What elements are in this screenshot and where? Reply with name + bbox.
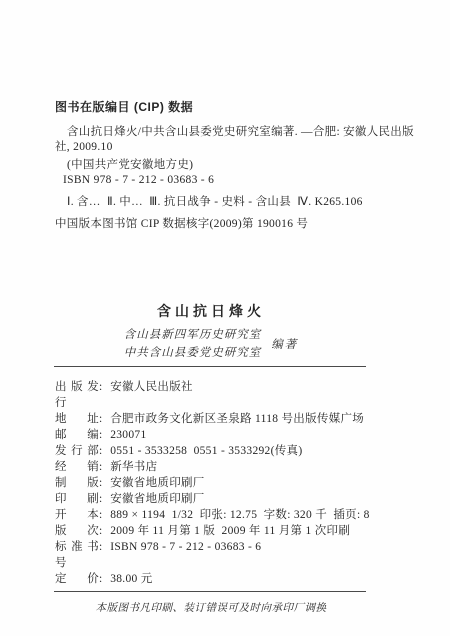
colophon-row-value: 安徽省地质印刷厂	[110, 491, 204, 507]
label-separator: :	[99, 379, 102, 411]
label-separator: :	[99, 523, 102, 539]
colophon-row: 制版:安徽省地质印刷厂	[55, 475, 367, 491]
footer-note: 本版图书凡印刷、装订错误可及时向承印厂调换	[55, 602, 367, 616]
colophon-row: 版次:2009 年 11 月第 1 版 2009 年 11 月第 1 次印刷	[55, 523, 367, 539]
cip-classification-line: Ⅰ. 含… Ⅱ. 中… Ⅲ. 抗日战争 - 史料 - 含山县 Ⅳ. K265.1…	[55, 195, 410, 210]
colophon-row-label: 开本	[55, 507, 99, 523]
colophon-row-value: 230071	[110, 427, 146, 443]
colophon-row: 标准书号:ISBN 978 - 7 - 212 - 03683 - 6	[55, 539, 367, 571]
label-separator: :	[99, 539, 102, 571]
colophon-row-label: 邮编	[55, 427, 99, 443]
colophon-row-value: 889 × 1194 1/32 印张: 12.75 字数: 320 千 插页: …	[110, 507, 369, 523]
colophon-row-label: 标准书号	[55, 539, 99, 571]
colophon-row: 定价:38.00 元	[55, 571, 367, 587]
colophon-table: 出版发行:安徽人民出版社 地址:合肥市政务文化新区圣泉路 1118 号出版传媒广…	[55, 379, 367, 587]
colophon-row-label: 地址	[55, 411, 99, 427]
cip-line: 社, 2009.10	[55, 140, 410, 155]
author-lines: 含山县新四军历史研究室 中共含山县委党史研究室	[124, 326, 262, 362]
divider-rule-bottom	[54, 591, 366, 592]
label-separator: :	[99, 411, 102, 427]
colophon-row-label: 发行部	[55, 443, 99, 459]
colophon-row: 发行部:0551 - 3533258 0551 - 3533292(传真)	[55, 443, 367, 459]
colophon-row-value: 新华书店	[110, 459, 157, 475]
label-separator: :	[99, 459, 102, 475]
colophon-row-label: 出版发行	[55, 379, 99, 411]
colophon-row-label: 制版	[55, 475, 99, 491]
authors-row: 含山县新四军历史研究室 中共含山县委党史研究室 编著	[55, 326, 367, 362]
colophon-row-value: 0551 - 3533258 0551 - 3533292(传真)	[110, 443, 302, 459]
author-line: 含山县新四军历史研究室	[124, 326, 262, 344]
label-separator: :	[99, 507, 102, 523]
cip-header: 图书在版编目 (CIP) 数据	[55, 100, 410, 115]
divider-rule-top	[54, 366, 366, 367]
colophon-row: 开本:889 × 1194 1/32 印张: 12.75 字数: 320 千 插…	[55, 507, 367, 523]
title-block: 含山抗日烽火 含山县新四军历史研究室 中共含山县委党史研究室 编著	[55, 302, 367, 362]
cip-isbn-line: ISBN 978 - 7 - 212 - 03683 - 6	[55, 173, 410, 188]
cip-line: 含山抗日烽火/中共含山县委党史研究室编著. —合肥: 安徽人民出版	[55, 125, 410, 140]
colophon-row-value: 2009 年 11 月第 1 版 2009 年 11 月第 1 次印刷	[110, 523, 350, 539]
colophon-row-value: 安徽人民出版社	[110, 379, 193, 411]
colophon-row: 出版发行:安徽人民出版社	[55, 379, 367, 411]
colophon-row: 邮编:230071	[55, 427, 367, 443]
label-separator: :	[99, 427, 102, 443]
colophon-row-value: 合肥市政务文化新区圣泉路 1118 号出版传媒广场	[110, 411, 364, 427]
colophon-row: 印刷:安徽省地质印刷厂	[55, 491, 367, 507]
author-role: 编著	[271, 336, 298, 352]
cip-line: (中国共产党安徽地方史)	[55, 158, 410, 173]
book-copyright-page: 图书在版编目 (CIP) 数据 含山抗日烽火/中共含山县委党史研究室编著. —合…	[0, 0, 450, 636]
author-line: 中共含山县委党史研究室	[124, 344, 262, 362]
colophon-row: 地址:合肥市政务文化新区圣泉路 1118 号出版传媒广场	[55, 411, 367, 427]
colophon-row-label: 定价	[55, 571, 99, 587]
colophon-row-label: 印刷	[55, 491, 99, 507]
colophon-row-value: 安徽省地质印刷厂	[110, 475, 204, 491]
book-title: 含山抗日烽火	[55, 302, 367, 320]
label-separator: :	[99, 475, 102, 491]
label-separator: :	[99, 571, 102, 587]
colophon-row-label: 经销	[55, 459, 99, 475]
cip-section: 图书在版编目 (CIP) 数据 含山抗日烽火/中共含山县委党史研究室编著. —合…	[55, 100, 410, 232]
label-separator: :	[99, 491, 102, 507]
label-separator: :	[99, 443, 102, 459]
colophon-row-label: 版次	[55, 523, 99, 539]
colophon-row-value: 38.00 元	[110, 571, 152, 587]
colophon-row-value: ISBN 978 - 7 - 212 - 03683 - 6	[110, 539, 261, 571]
colophon-row: 经销:新华书店	[55, 459, 367, 475]
cip-record-number-line: 中国版本图书馆 CIP 数据核字(2009)第 190016 号	[55, 217, 410, 232]
